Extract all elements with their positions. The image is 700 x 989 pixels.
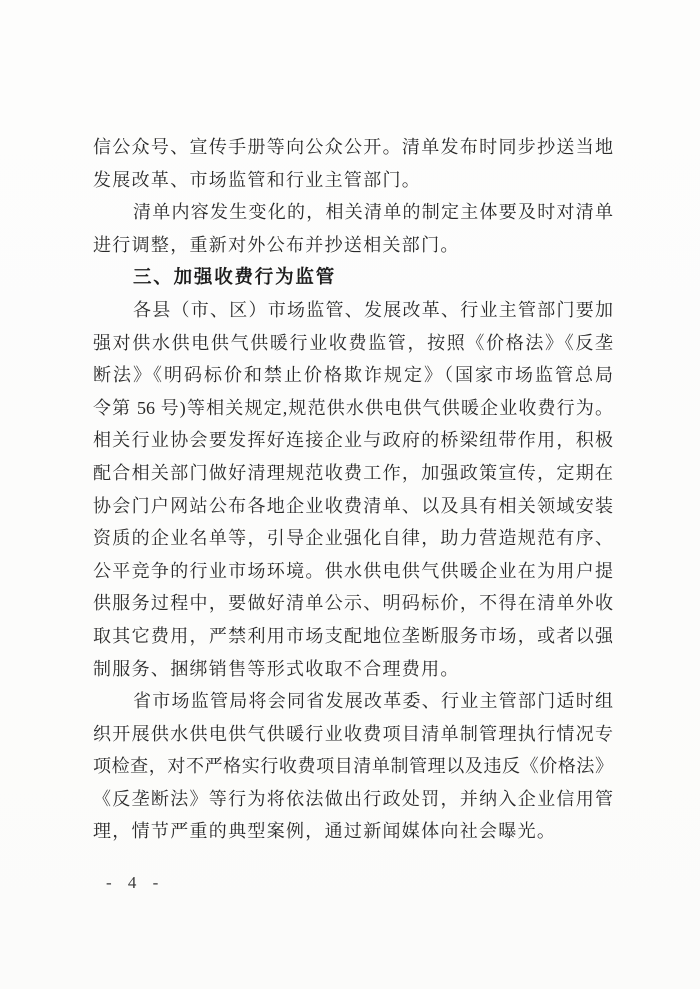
text-line: 理，情节严重的典型案例，通过新闻媒体向社会曝光。 bbox=[93, 817, 613, 850]
text-line: 项检查，对不严格实行收费项目清单制管理以及违反《价格法》 bbox=[93, 752, 613, 785]
page-number: - 4 - bbox=[106, 873, 164, 893]
text-line: 《反垄断法》等行为将依法做出行政处罚，并纳入企业信用管 bbox=[93, 785, 613, 818]
text-line: 资质的企业名单等，引导企业强化自律，助力营造规范有序、 bbox=[93, 524, 613, 557]
text-line: 省市场监管局将会同省发展改革委、行业主管部门适时组 bbox=[93, 687, 613, 720]
text-line: 取其它费用，严禁利用市场支配地位垄断服务市场，或者以强 bbox=[93, 622, 613, 655]
text-line: 发展改革、市场监管和行业主管部门。 bbox=[93, 166, 613, 199]
text-line: 断法》《明码标价和禁止价格欺诈规定》（国家市场监管总局 bbox=[93, 361, 613, 394]
text-line: 配合相关部门做好清理规范收费工作，加强政策宣传，定期在 bbox=[93, 459, 613, 492]
text-line: 信公众号、宣传手册等向公众公开。清单发布时同步抄送当地 bbox=[93, 133, 613, 166]
text-line: 各县（市、区）市场监管、发展改革、行业主管部门要加 bbox=[93, 296, 613, 329]
text-line: 供服务过程中，要做好清单公示、明码标价，不得在清单外收 bbox=[93, 589, 613, 622]
text-line: 强对供水供电供气供暖行业收费监管，按照《价格法》《反垄 bbox=[93, 329, 613, 362]
text-line: 相关行业协会要发挥好连接企业与政府的桥梁纽带作用，积极 bbox=[93, 426, 613, 459]
text-line: 进行调整，重新对外公布并抄送相关部门。 bbox=[93, 231, 613, 264]
section-heading: 三、加强收费行为监管 bbox=[93, 263, 613, 296]
document-page: 信公众号、宣传手册等向公众公开。清单发布时同步抄送当地发展改革、市场监管和行业主… bbox=[0, 0, 700, 989]
text-line: 公平竞争的行业市场环境。供水供电供气供暖企业在为用户提 bbox=[93, 557, 613, 590]
text-line: 制服务、捆绑销售等形式收取不合理费用。 bbox=[93, 655, 613, 688]
text-line: 清单内容发生变化的，相关清单的制定主体要及时对清单 bbox=[93, 198, 613, 231]
text-line: 织开展供水供电供气供暖行业收费项目清单制管理执行情况专 bbox=[93, 720, 613, 753]
text-line: 协会门户网站公布各地企业收费清单、以及具有相关领域安装 bbox=[93, 492, 613, 525]
document-body: 信公众号、宣传手册等向公众公开。清单发布时同步抄送当地发展改革、市场监管和行业主… bbox=[93, 133, 613, 850]
text-line: 令第 56 号)等相关规定,规范供水供电供气供暖企业收费行为。 bbox=[93, 394, 613, 427]
